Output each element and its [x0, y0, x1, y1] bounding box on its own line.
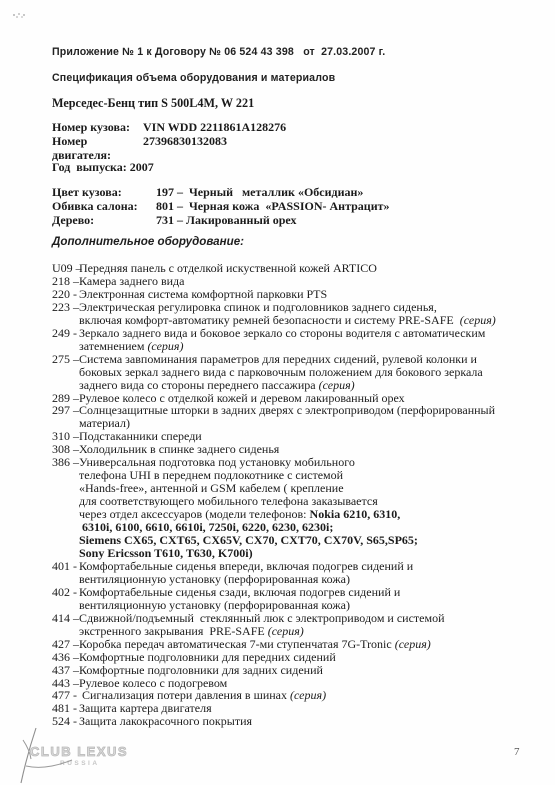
production-year: Год выпуска: 2007 — [52, 160, 154, 175]
engine-number-row: Номер двигателя: 27396830132083 — [52, 135, 286, 163]
upholstery-row: Обивка салона: 801 – Черная кожа «PASSIO… — [52, 200, 390, 214]
body-number-label: Номер кузова: — [52, 121, 143, 135]
vehicle-model: Мерседес-Бенц тип S 500L4M, W 221 — [52, 96, 254, 111]
equipment-text: боковых зеркал заднего вида с парковочны… — [79, 365, 483, 379]
equipment-text: Зеркало заднего вида и боковое зеркало с… — [79, 326, 485, 340]
equipment-text: Универсальная подготовка под установку м… — [79, 455, 355, 469]
equipment-code: 297 – — [52, 404, 82, 417]
equipment-text: Передняя панель с отделкой искуственной … — [79, 261, 377, 275]
equipment-code: 218 – — [52, 275, 82, 288]
equipment-code: 249 - — [52, 327, 80, 340]
body-color-row: Цвет кузова: 197 – Черный металлик «Обси… — [52, 186, 390, 200]
equipment-text: материал) — [79, 416, 130, 430]
equipment-text: вентиляционную установку (перфорированна… — [79, 598, 350, 612]
equipment-code: 386 – — [52, 456, 82, 469]
equipment-text: Подстаканники спереди — [79, 429, 202, 443]
body-color-label: Цвет кузова: — [52, 186, 156, 200]
equipment-text: (серия) — [395, 637, 431, 651]
equipment-text: экстренного закрывания PRE-SAFE — [79, 624, 268, 638]
equipment-text: (серия) — [268, 624, 304, 638]
wood-trim-value: 731 – Лакированный орех — [156, 214, 297, 228]
equipment-code: 437 – — [52, 664, 82, 677]
equipment-text: «Hands-free», антенной и GSM кабелем ( к… — [79, 481, 344, 495]
equipment-text: заднего вида со стороны переднего пассаж… — [79, 378, 319, 392]
equipment-code: 220 - — [52, 288, 80, 301]
body-color-value: 197 – Черный металлик «Обсидиан» — [156, 186, 363, 200]
equipment-text: Nokia 6210, 6310, — [310, 507, 401, 521]
page-number: 7 — [514, 746, 520, 758]
equipment-code: 402 - — [52, 586, 80, 599]
equipment-text: Электрическая регулировка спинок и подго… — [79, 300, 437, 314]
engine-number-label: Номер двигателя: — [52, 135, 143, 163]
equipment-list: U09 – Передняя панель с отделкой искуств… — [52, 262, 496, 728]
body-number-row: Номер кузова: VIN WDD 2211861A128276 — [52, 121, 286, 135]
equipment-text: (серия) — [147, 339, 183, 353]
equipment-code: 275 – — [52, 353, 82, 366]
equipment-code: 436 – — [52, 651, 82, 664]
spec-title: Спецификация объема оборудования и матер… — [52, 72, 335, 84]
equipment-text: через отдел аксессуаров (модели телефоно… — [79, 507, 310, 521]
equipment-text: Siemens CX65, CXT65, CX65V, CX70, CXT70,… — [79, 533, 418, 547]
equipment-code: 414 – — [52, 612, 82, 625]
equipment-text: (серия) — [290, 688, 326, 702]
equipment-text: 6310i, 6100, 6610, 6610i, 7250i, 6220, 6… — [82, 520, 333, 534]
equipment-text: Комфортные подголовники для задних сиден… — [79, 663, 323, 677]
color-trim-fields: Цвет кузова: 197 – Черный металлик «Обси… — [52, 186, 390, 227]
equipment-text: (серия) — [319, 378, 355, 392]
engine-number-value: 27396830132083 — [143, 135, 227, 163]
vehicle-ids: Номер кузова: VIN WDD 2211861A128276 Ном… — [52, 121, 286, 162]
equipment-text: Электронная система комфортной парковки … — [79, 287, 327, 301]
additional-equipment-heading: Дополнительное оборудование: — [52, 235, 244, 248]
equipment-text: Рулевое колесо с подогревом — [79, 676, 227, 690]
equipment-text: Система завпоминания параметров для пере… — [79, 352, 477, 366]
equipment-text: (серия) — [460, 313, 496, 327]
equipment-code: 223 – — [52, 301, 82, 314]
equipment-text: Солнцезащитные шторки в задних дверях с … — [79, 403, 495, 417]
scanned-page: Приложение № 1 к Договору № 06 524 43 39… — [0, 0, 555, 785]
upholstery-value: 801 – Черная кожа «PASSION- Антрацит» — [156, 200, 390, 214]
equipment-text: Комфортные подголовники для передних сид… — [79, 650, 336, 664]
equipment-text: Сдвижной/подъемный стеклянный люк с элек… — [79, 611, 445, 625]
equipment-code: 427 – — [52, 638, 82, 651]
body-number-value: VIN WDD 2211861A128276 — [143, 121, 286, 135]
equipment-text: вентиляционную установку (перфорированна… — [79, 572, 350, 586]
equipment-text: Сигнализация потери давления в шинах — [79, 688, 290, 702]
equipment-text: затемнением — [79, 339, 147, 353]
equipment-text: Комфортабельные сиденья впереди, включая… — [79, 559, 413, 573]
equipment-text: Sony Ericsson T610, T630, K700i) — [79, 546, 253, 560]
equipment-text: для соответствующего мобильного телефона… — [79, 494, 378, 508]
equipment-text: Холодильник в спинке заднего сиденья — [79, 442, 279, 456]
wood-trim-label: Дерево: — [52, 214, 156, 228]
scan-noise — [13, 14, 15, 16]
equipment-text: телефона UHI в переднем подлокотнике с с… — [79, 468, 343, 482]
upholstery-label: Обивка салона: — [52, 200, 156, 214]
wood-trim-row: Дерево: 731 – Лакированный орех — [52, 214, 390, 228]
equipment-text: Коробка передач автоматическая 7-ми ступ… — [79, 637, 395, 651]
equipment-text: Камера заднего вида — [79, 274, 184, 288]
equipment-text: Защита картера двигателя — [79, 701, 212, 715]
equipment-text: включая комфорт-автоматику ремней безопа… — [79, 313, 460, 327]
signature-mark — [14, 726, 144, 785]
equipment-text: Рулевое колесо с отделкой кожей и дерево… — [79, 391, 405, 405]
appendix-title: Приложение № 1 к Договору № 06 524 43 39… — [52, 46, 385, 58]
equipment-code: 401 - — [52, 560, 80, 573]
equipment-text: Комфортабельные сиденья сзади, включая п… — [79, 585, 400, 599]
